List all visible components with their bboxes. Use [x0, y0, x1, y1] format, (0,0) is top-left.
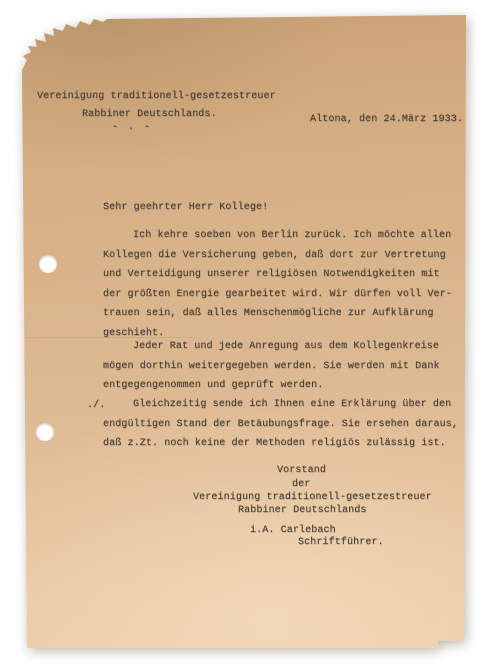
- paragraph-2: Jeder Rat und jede Anregung aus dem Koll…: [103, 337, 440, 396]
- punch-hole-bottom: [36, 423, 54, 441]
- letter-line: Ich kehre soeben von Berlin zurück. Ich …: [103, 226, 452, 246]
- signature-signer: i.A. Carlebach: [250, 525, 336, 537]
- punch-hole-top: [39, 255, 57, 273]
- letter-line: und Verteidigung unserer religiösen Notw…: [103, 265, 452, 285]
- salutation: Sehr geehrter Herr Kollege!: [103, 202, 268, 214]
- signature-org-line2: der: [292, 479, 310, 491]
- paragraph-3: Gleichzeitig sende ich Ihnen eine Erklär…: [103, 395, 458, 454]
- letter-line: entgegengenommen und geprüft werden.: [103, 376, 440, 396]
- dateline: Altona, den 24.März 1933.: [310, 114, 463, 126]
- paragraph-1: Ich kehre soeben von Berlin zurück. Ich …: [103, 226, 452, 343]
- letter-line: trauen sein, daß alles Menschenmögliche …: [103, 304, 452, 324]
- scanned-letter-page: Vereinigung traditionell-gesetzestreuer …: [0, 0, 493, 672]
- letter-line: Gleichzeitig sende ich Ihnen eine Erklär…: [103, 395, 458, 415]
- letter-line: daß z.Zt. noch keine der Methoden religi…: [103, 434, 458, 454]
- signature-org-line1: Vorstand: [277, 465, 326, 477]
- signature-org-line4: Rabbiner Deutschlands: [238, 505, 367, 517]
- letterhead-org-line2: Rabbiner Deutschlands.: [82, 109, 217, 121]
- signature-role: Schriftführer.: [298, 537, 384, 549]
- letter-line: Kollegen die Versicherung geben, daß dor…: [103, 246, 452, 266]
- signature-org-line3: Vereinigung traditionell-gesetzestreuer: [193, 492, 432, 504]
- letter-line: Jeder Rat und jede Anregung aus dem Koll…: [103, 337, 440, 357]
- letter-line: endgültigen Stand der Betäubungsfrage. S…: [103, 415, 458, 435]
- letterhead-divider: - . -: [112, 122, 152, 134]
- letter-line: der größten Energie gearbeitet wird. Wir…: [103, 285, 452, 305]
- letterhead-org-line1: Vereinigung traditionell-gesetzestreuer: [37, 91, 276, 103]
- letter-line: mögen dorthin weitergegeben werden. Sie …: [103, 357, 440, 377]
